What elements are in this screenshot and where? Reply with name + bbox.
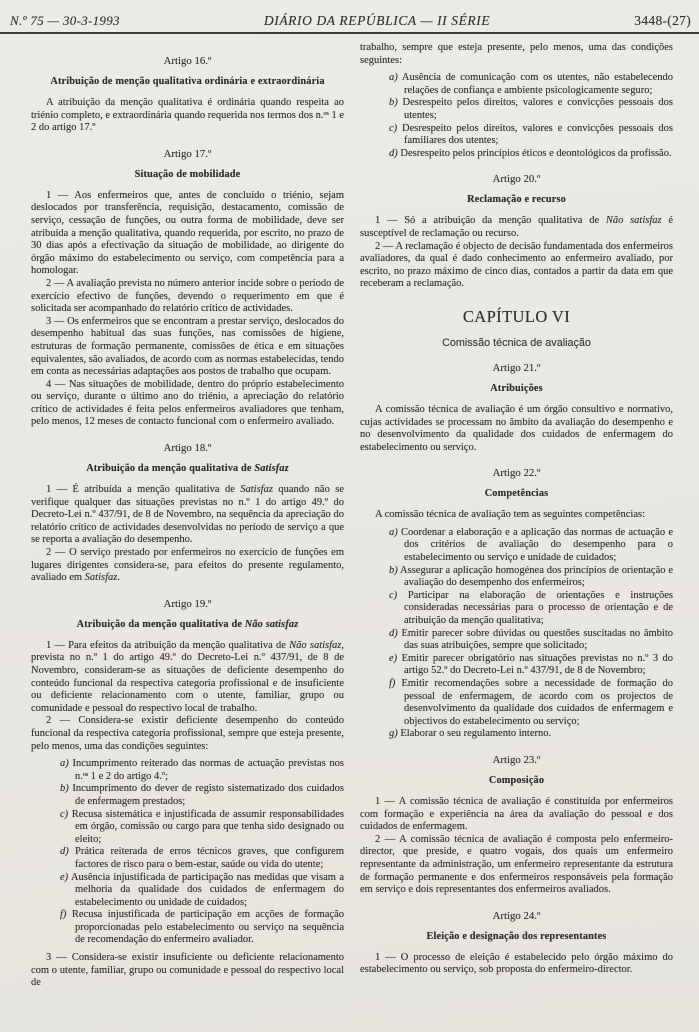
list-item-label: b): [60, 783, 69, 794]
body-paragraph: 1 — Para efeitos da atribuição da menção…: [31, 640, 344, 716]
list-item-label: a): [389, 527, 398, 538]
body-paragraph: 1 — O processo de eleição é estabelecido…: [360, 952, 673, 977]
list-item-label: e): [60, 872, 68, 883]
body-paragraph: 2 — Considera-se existir deficiente dese…: [31, 715, 344, 753]
lettered-list: a) Ausência de comunicação com os utente…: [360, 72, 673, 160]
article-number: Artigo 18.º: [31, 442, 344, 454]
list-item-label: e): [389, 653, 397, 664]
body-paragraph: 3 — Os enfermeiros que se encontram a pr…: [31, 316, 344, 379]
body-paragraph: 1 — Aos enfermeiros que, antes de conclu…: [31, 190, 344, 278]
column-left: Artigo 16.ºAtribuição de menção qualitat…: [31, 42, 344, 990]
list-item: b) Desrespeito pelos direitos, valores e…: [389, 97, 673, 122]
chapter-subtitle: Comissão técnica de avaliação: [360, 337, 673, 349]
list-item: f) Emitir recomendações sobre a necessid…: [389, 678, 673, 728]
article-number: Artigo 23.º: [360, 754, 673, 766]
list-item: e) Ausência injustificada de participaçã…: [60, 872, 344, 910]
article-title: Composição: [360, 775, 673, 786]
list-item: b) Incumprimento do dever de registo sis…: [60, 783, 344, 808]
header-page-number: 3448-(27): [634, 13, 691, 29]
article-title: Reclamação e recurso: [360, 194, 673, 205]
list-item-label: a): [60, 758, 69, 769]
column-right: trabalho, sempre que esteja presente, pe…: [360, 42, 673, 990]
list-item-label: f): [60, 909, 66, 920]
list-item-label: g): [389, 728, 398, 739]
list-item: d) Prática reiterada de erros técnicos g…: [60, 846, 344, 871]
list-item: d) Emitir parecer sobre dúvidas ou quest…: [389, 628, 673, 653]
article-title: Situação de mobilidade: [31, 169, 344, 180]
body-paragraph: 2 — A comissão técnica de avaliação é co…: [360, 834, 673, 897]
list-item: c) Desrespeito pelos direitos, valores e…: [389, 123, 673, 148]
body-paragraph: A comissão técnica de avaliação é um órg…: [360, 404, 673, 454]
body-paragraph: 1 — Só a atribuição da menção qualitativ…: [360, 215, 673, 240]
list-item-label: d): [60, 846, 69, 857]
lettered-list: a) Incumprimento reiterado das normas de…: [31, 758, 344, 947]
list-item: c) Participar na elaboração de orientaçõ…: [389, 590, 673, 628]
list-item: g) Elaborar o seu regulamento interno.: [389, 728, 673, 741]
article-title: Atribuição da menção qualitativa de Sati…: [31, 463, 344, 474]
body-paragraph: 2 — A avaliação prevista no número anter…: [31, 278, 344, 316]
list-item: e) Emitir parecer obrigatório nas situaç…: [389, 653, 673, 678]
lettered-list: a) Coordenar a elaboração e a aplicação …: [360, 527, 673, 741]
list-item-label: b): [389, 97, 398, 108]
body-paragraph: 1 — É atribuída a menção qualitativa de …: [31, 484, 344, 547]
list-item-label: a): [389, 72, 398, 83]
body-paragraph: trabalho, sempre que esteja presente, pe…: [360, 42, 673, 67]
list-item-label: c): [60, 809, 68, 820]
body-paragraph: 3 — Considera-se existir insuficiente ou…: [31, 952, 344, 990]
article-number: Artigo 24.º: [360, 910, 673, 922]
list-item-label: d): [389, 628, 398, 639]
list-item: d) Desrespeito pelos princípios éticos e…: [389, 148, 673, 161]
list-item: a) Ausência de comunicação com os utente…: [389, 72, 673, 97]
article-number: Artigo 21.º: [360, 362, 673, 374]
list-item-label: f): [389, 678, 395, 689]
list-item: c) Recusa sistemática e injustificada de…: [60, 809, 344, 847]
body-paragraph: 2 — A reclamação é objecto de decisão fu…: [360, 241, 673, 291]
article-number: Artigo 16.º: [31, 55, 344, 67]
list-item: f) Recusa injustificada de participação …: [60, 909, 344, 947]
article-title: Atribuição da menção qualitativa de Não …: [31, 619, 344, 630]
body-paragraph: 1 — A comissão técnica de avaliação é co…: [360, 796, 673, 834]
header-issue-date: N.º 75 — 30-3-1993: [10, 13, 120, 29]
body-paragraph: A comissão técnica de avaliação tem as s…: [360, 509, 673, 522]
two-column-body: Artigo 16.ºAtribuição de menção qualitat…: [0, 34, 699, 990]
list-item: b) Assegurar a aplicação homogénea dos p…: [389, 565, 673, 590]
list-item-label: c): [389, 123, 397, 134]
body-paragraph: 4 — Nas situações de mobilidade, dentro …: [31, 379, 344, 429]
article-title: Competências: [360, 488, 673, 499]
article-title: Atribuição de menção qualitativa ordinár…: [31, 76, 344, 87]
article-title: Atribuições: [360, 383, 673, 394]
list-item-label: c): [389, 590, 397, 601]
gazette-scanned-page: N.º 75 — 30-3-1993 DIÁRIO DA REPÚBLICA —…: [0, 0, 699, 1032]
list-item: a) Coordenar a elaboração e a aplicação …: [389, 527, 673, 565]
article-number: Artigo 17.º: [31, 148, 344, 160]
list-item: a) Incumprimento reiterado das normas de…: [60, 758, 344, 783]
chapter-heading: CAPÍTULO VI: [360, 307, 673, 327]
list-item-label: d): [389, 148, 398, 159]
article-number: Artigo 20.º: [360, 173, 673, 185]
list-item-label: b): [389, 565, 398, 576]
article-number: Artigo 22.º: [360, 467, 673, 479]
header-journal-title: DIÁRIO DA REPÚBLICA — II SÉRIE: [264, 13, 490, 29]
article-number: Artigo 19.º: [31, 598, 344, 610]
body-paragraph: 2 — O serviço prestado por enfermeiros n…: [31, 547, 344, 585]
article-title: Eleição e designação dos representantes: [360, 931, 673, 942]
body-paragraph: A atribuição da menção qualitativa é ord…: [31, 97, 344, 135]
page-header: N.º 75 — 30-3-1993 DIÁRIO DA REPÚBLICA —…: [0, 0, 699, 34]
